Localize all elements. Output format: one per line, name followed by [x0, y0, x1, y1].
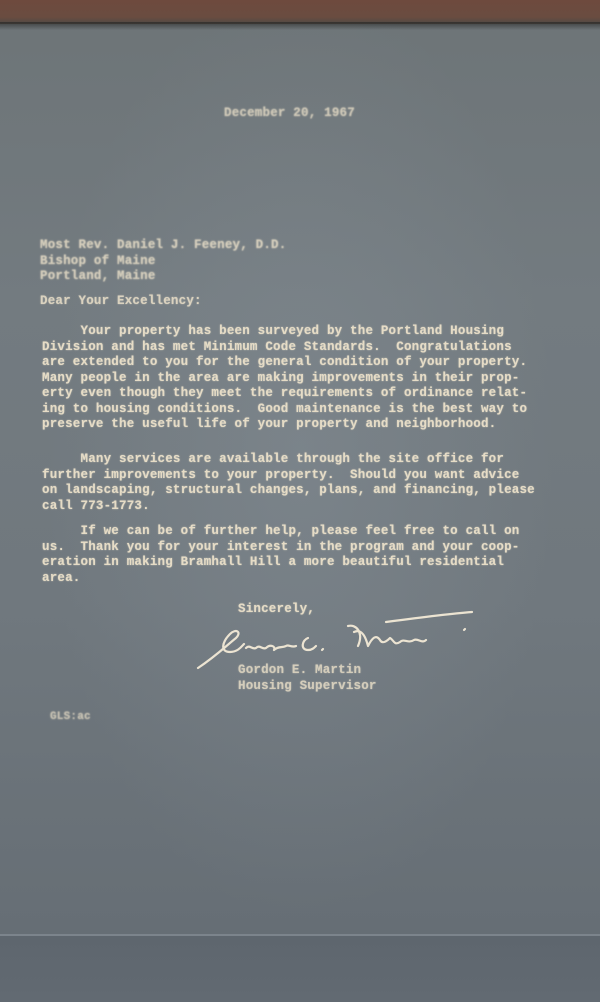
text-line: area.: [42, 571, 81, 585]
text-line: call 773-1773.: [42, 499, 150, 513]
text-line: Many services are available through the …: [42, 452, 504, 466]
signer-title: Housing Supervisor: [238, 679, 377, 693]
text-line: If we can be of further help, please fee…: [42, 524, 519, 538]
body-paragraph-3: If we can be of further help, please fee…: [42, 524, 519, 586]
salutation: Dear Your Excellency:: [40, 294, 202, 310]
recipient-line: Most Rev. Daniel J. Feeney, D.D.: [40, 238, 286, 252]
text-line: on landscaping, structural changes, plan…: [42, 483, 535, 497]
text-line: eration in making Bramhall Hill a more b…: [42, 555, 504, 569]
text-line: further improvements to your property. S…: [42, 468, 519, 482]
desk-edge: [0, 0, 600, 24]
paper-shadow: [0, 22, 600, 30]
text-line: Your property has been surveyed by the P…: [42, 324, 504, 338]
text-line: ing to housing conditions. Good maintena…: [42, 402, 527, 416]
signer-block: Gordon E. Martin Housing Supervisor: [238, 663, 377, 694]
letter-date: December 20, 1967: [224, 106, 355, 122]
recipient-address: Most Rev. Daniel J. Feeney, D.D. Bishop …: [40, 238, 286, 285]
recipient-line: Portland, Maine: [40, 269, 156, 283]
body-paragraph-2: Many services are available through the …: [42, 452, 535, 514]
text-line: preserve the useful life of your propert…: [42, 417, 496, 431]
text-line: us. Thank you for your interest in the p…: [42, 540, 519, 554]
body-paragraph-1: Your property has been surveyed by the P…: [42, 324, 527, 433]
text-line: are extended to you for the general cond…: [42, 355, 527, 369]
reference-initials: GLS:ac: [50, 710, 91, 726]
text-line: Division and has met Minimum Code Standa…: [42, 340, 512, 354]
text-line: Many people in the area are making impro…: [42, 371, 519, 385]
letter-photo: December 20, 1967 Most Rev. Daniel J. Fe…: [0, 0, 600, 1002]
recipient-line: Bishop of Maine: [40, 254, 156, 268]
paper-bottom: [0, 936, 600, 1002]
signer-name: Gordon E. Martin: [238, 663, 361, 677]
text-line: erty even though they meet the requireme…: [42, 386, 527, 400]
